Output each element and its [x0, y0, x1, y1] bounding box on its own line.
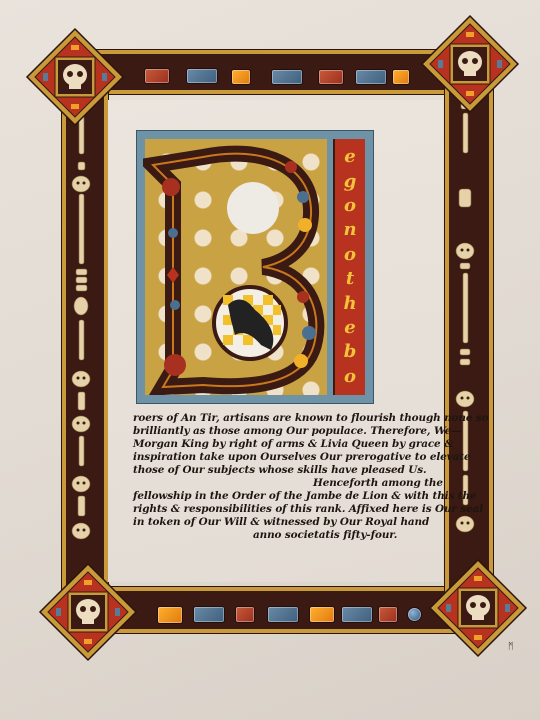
gem-bottom-3 [236, 607, 254, 622]
motto-letter: h [343, 295, 356, 313]
gem-bottom-1 [158, 607, 182, 623]
gem-top-3 [232, 70, 250, 84]
text-line: rights & responsibilities of this rank. … [133, 503, 445, 516]
gem-top-4 [272, 70, 302, 84]
text-line: Henceforth among the [133, 477, 445, 490]
gem-top-5 [319, 70, 343, 84]
skull-corner-icon [420, 14, 520, 114]
text-line: roers of An Tir, artisans are known to f… [133, 412, 445, 425]
illuminated-initial-panel: e g o n o t h e b o [136, 130, 374, 404]
maker-mark: ᛗ [508, 642, 513, 652]
gem-top-7 [393, 70, 409, 84]
gem-top-6 [356, 70, 386, 84]
text-line: those of Our subjects whose skills have … [133, 464, 445, 477]
motto-letter: b [344, 343, 357, 361]
right-border-bar [445, 75, 493, 603]
gem-top-2 [187, 69, 217, 83]
letter-b-icon [143, 145, 329, 395]
text-line: inspiration take upon Ourselves Our prer… [133, 451, 445, 464]
motto-letter: e [344, 319, 355, 337]
gem-bottom-4 [268, 607, 298, 622]
gem-bottom-2 [194, 607, 224, 622]
motto-letter: e [344, 148, 355, 166]
text-line: fellowship in the Order of the Jambe de … [133, 490, 445, 503]
motto-letter: o [344, 197, 356, 215]
gem-bottom-7 [379, 607, 397, 622]
text-line: anno societatis fifty-four. [133, 529, 445, 542]
gem-bottom-6 [342, 607, 372, 622]
motto-letter: o [344, 368, 356, 386]
text-line: in token of Our Will & witnessed by Our … [133, 516, 445, 529]
award-text: roers of An Tir, artisans are known to f… [133, 412, 445, 542]
motto-band: e g o n o t h e b o [333, 139, 365, 395]
motto-letter: g [344, 173, 357, 191]
gem-bottom-8 [408, 608, 421, 621]
motto-letter: n [343, 221, 356, 239]
corner-top-right [420, 14, 520, 114]
text-line: Morgan King by right of arms & Livia Que… [133, 438, 445, 451]
gem-bottom-5 [310, 607, 334, 622]
bone-chain-left-icon [66, 84, 96, 589]
gem-top-1 [145, 69, 169, 83]
text-line: brilliantly as those among Our populace.… [133, 425, 445, 438]
motto-letter: t [346, 270, 354, 288]
left-border-bar [62, 80, 108, 603]
motto-letter: o [344, 246, 356, 264]
